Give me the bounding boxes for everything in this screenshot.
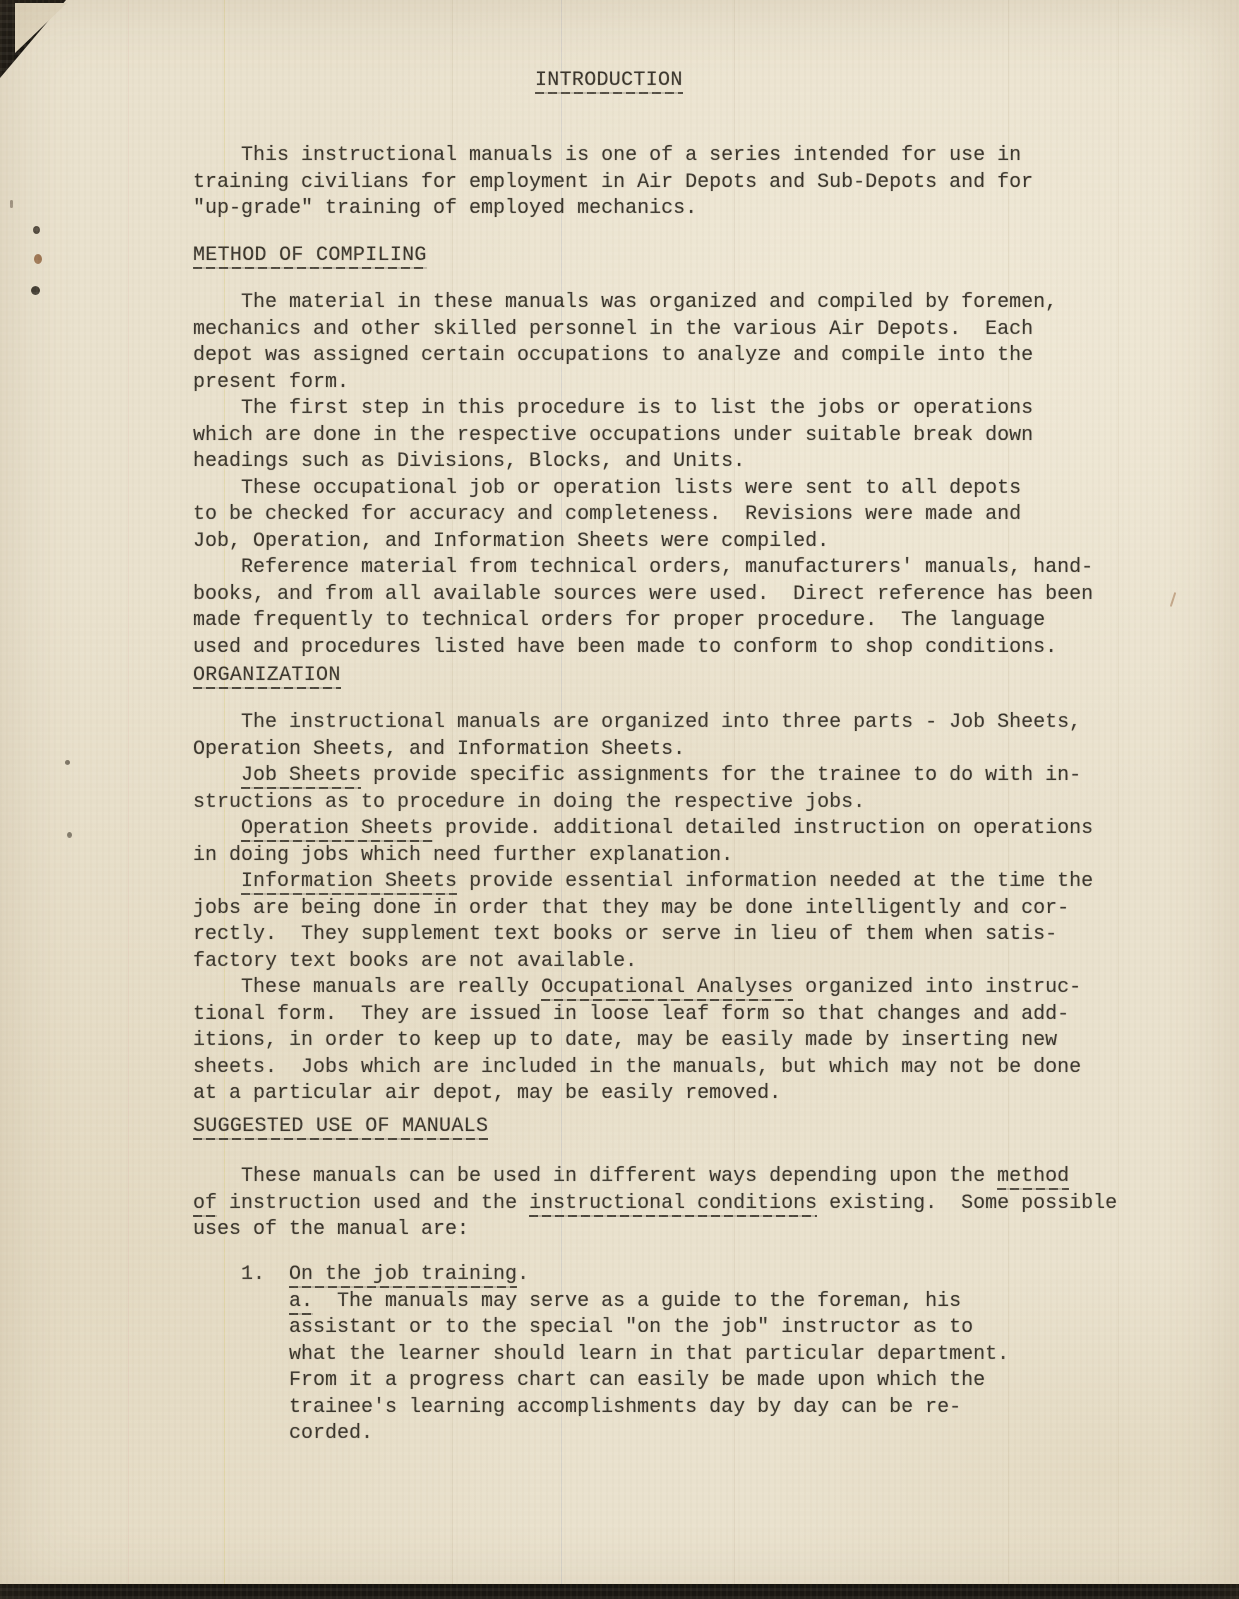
text-line: at a particular air depot, may be easily… [193, 1081, 1093, 1108]
page-title: INTRODUCTION [535, 68, 683, 95]
intro-paragraph: This instructional manuals is one of a s… [193, 143, 1033, 223]
text-line: a. The manuals may serve as a guide to t… [193, 1289, 1009, 1316]
text-line: The first step in this procedure is to l… [193, 396, 1093, 423]
text-line: Reference material from technical orders… [193, 555, 1093, 582]
scan-scratch [1170, 592, 1177, 607]
text-segment: used and procedures listed have been mad… [193, 636, 1057, 659]
scan-speck [33, 226, 40, 234]
text-segment [193, 870, 241, 893]
text-segment: in doing jobs which need further explana… [193, 844, 733, 867]
text-line: INTRODUCTION [535, 68, 683, 95]
text-line: These manuals are really Occupational An… [193, 975, 1093, 1002]
text-line: assistant or to the special "on the job"… [193, 1315, 1009, 1342]
text-line: "up-grade" training of employed mechanic… [193, 196, 1033, 223]
text-segment: tional form. They are issued in loose le… [193, 1003, 1069, 1026]
paper-crease [1118, 0, 1119, 1599]
text-line: From it a progress chart can easily be m… [193, 1368, 1009, 1395]
folded-page-corner [15, 3, 67, 53]
text-line: depot was assigned certain occupations t… [193, 343, 1093, 370]
text-segment: structions as to procedure in doing the … [193, 791, 865, 814]
text-segment: These manuals can be used in different w… [193, 1165, 997, 1188]
text-segment: "up-grade" training of employed mechanic… [193, 197, 697, 220]
text-line: what the learner should learn in that pa… [193, 1342, 1009, 1369]
text-segment: mechanics and other skilled personnel in… [193, 318, 1033, 341]
text-segment: Reference material from technical orders… [193, 556, 1093, 579]
text-line: in doing jobs which need further explana… [193, 843, 1093, 870]
underlined-text-segment: a. [289, 1290, 313, 1315]
underlined-text-segment: method [997, 1165, 1069, 1190]
text-line: Job, Operation, and Information Sheets w… [193, 529, 1093, 556]
text-line: corded. [193, 1421, 1009, 1448]
scanned-document-page: INTRODUCTION This instructional manuals … [0, 0, 1239, 1599]
text-line: SUGGESTED USE OF MANUALS [193, 1114, 488, 1141]
text-line: These occupational job or operation list… [193, 476, 1093, 503]
text-line: uses of the manual are: [193, 1217, 1117, 1244]
text-segment: headings such as Divisions, Blocks, and … [193, 450, 745, 473]
text-segment: provide specific assignments for the tra… [361, 764, 1081, 787]
text-segment: present form. [193, 371, 349, 394]
underlined-text-segment: Information Sheets [241, 870, 457, 895]
heading-method-of-compiling: METHOD OF COMPILING [193, 243, 427, 270]
underlined-text-segment: INTRODUCTION [535, 69, 683, 94]
text-segment: existing. Some possible [817, 1192, 1117, 1215]
underlined-text-segment: ORGANIZATION [193, 664, 341, 689]
section-organization: The instructional manuals are organized … [193, 710, 1093, 1108]
list-item-on-the-job-training: 1. On the job training. a. The manuals m… [193, 1262, 1009, 1448]
text-segment: trainee's learning accomplishments day b… [193, 1396, 961, 1419]
text-segment: which are done in the respective occupat… [193, 424, 1033, 447]
text-segment: These occupational job or operation list… [193, 477, 1021, 500]
text-line: mechanics and other skilled personnel in… [193, 317, 1093, 344]
text-segment [193, 764, 241, 787]
text-segment: The material in these manuals was organi… [193, 291, 1057, 314]
scan-speck [34, 254, 42, 264]
text-line: jobs are being done in order that they m… [193, 896, 1093, 923]
text-segment: . [517, 1263, 529, 1286]
text-line: rectly. They supplement text books or se… [193, 922, 1093, 949]
text-segment: books, and from all available sources we… [193, 583, 1093, 606]
text-segment [193, 1290, 289, 1313]
underlined-text-segment: Occupational Analyses [541, 976, 793, 1001]
scan-edge-bar [0, 1584, 1239, 1599]
text-segment: rectly. They supplement text books or se… [193, 923, 1057, 946]
scan-speck [31, 286, 40, 295]
text-line: tional form. They are issued in loose le… [193, 1002, 1093, 1029]
text-segment: The manuals may serve as a guide to the … [313, 1290, 961, 1313]
text-line: itions, in order to keep up to date, may… [193, 1028, 1093, 1055]
text-segment: Operation Sheets, and Information Sheets… [193, 738, 685, 761]
text-segment: training civilians for employment in Air… [193, 171, 1033, 194]
scan-speck [67, 832, 72, 838]
text-line: Job Sheets provide specific assignments … [193, 763, 1093, 790]
text-segment: itions, in order to keep up to date, may… [193, 1029, 1057, 1052]
underlined-text-segment: SUGGESTED USE OF MANUALS [193, 1115, 488, 1140]
text-segment: instruction used and the [217, 1192, 529, 1215]
text-line: Operation Sheets, and Information Sheets… [193, 737, 1093, 764]
text-segment: These manuals are really [193, 976, 541, 999]
text-line: present form. [193, 370, 1093, 397]
underlined-text-segment: Job Sheets [241, 764, 361, 789]
text-line: of instruction used and the instructiona… [193, 1191, 1117, 1218]
scan-speck [10, 200, 13, 208]
text-line: Information Sheets provide essential inf… [193, 869, 1093, 896]
text-segment: provide. additional detailed instruction… [433, 817, 1093, 840]
text-line: factory text books are not available. [193, 949, 1093, 976]
text-line: ORGANIZATION [193, 663, 341, 690]
text-segment: 1. [193, 1263, 289, 1286]
text-line: These manuals can be used in different w… [193, 1164, 1117, 1191]
text-segment [193, 817, 241, 840]
text-line: The material in these manuals was organi… [193, 290, 1093, 317]
text-line: 1. On the job training. [193, 1262, 1009, 1289]
text-segment: provide essential information needed at … [457, 870, 1093, 893]
text-line: sheets. Jobs which are included in the m… [193, 1055, 1093, 1082]
scan-speck [65, 760, 70, 765]
underlined-text-segment: On the job training [289, 1263, 517, 1288]
text-segment: The first step in this procedure is to l… [193, 397, 1033, 420]
text-line: structions as to procedure in doing the … [193, 790, 1093, 817]
text-segment: at a particular air depot, may be easily… [193, 1082, 781, 1105]
text-segment: factory text books are not available. [193, 950, 637, 973]
section-suggested-use: These manuals can be used in different w… [193, 1164, 1117, 1244]
text-segment: corded. [193, 1422, 373, 1445]
text-line: Operation Sheets provide. additional det… [193, 816, 1093, 843]
text-segment: This instructional manuals is one of a s… [193, 144, 1021, 167]
text-line: The instructional manuals are organized … [193, 710, 1093, 737]
text-segment: From it a progress chart can easily be m… [193, 1369, 985, 1392]
underlined-text-segment: instructional conditions [529, 1192, 817, 1217]
text-line: trainee's learning accomplishments day b… [193, 1395, 1009, 1422]
text-segment: Job, Operation, and Information Sheets w… [193, 530, 829, 553]
underlined-text-segment: Operation Sheets [241, 817, 433, 842]
text-segment: jobs are being done in order that they m… [193, 897, 1069, 920]
text-segment: sheets. Jobs which are included in the m… [193, 1056, 1081, 1079]
text-line: made frequently to technical orders for … [193, 608, 1093, 635]
text-segment: assistant or to the special "on the job"… [193, 1316, 973, 1339]
text-line: headings such as Divisions, Blocks, and … [193, 449, 1093, 476]
text-segment: uses of the manual are: [193, 1218, 469, 1241]
text-line: This instructional manuals is one of a s… [193, 143, 1033, 170]
text-line: books, and from all available sources we… [193, 582, 1093, 609]
heading-suggested-use-of-manuals: SUGGESTED USE OF MANUALS [193, 1114, 488, 1141]
text-line: which are done in the respective occupat… [193, 423, 1093, 450]
text-line: used and procedures listed have been mad… [193, 635, 1093, 662]
text-segment: depot was assigned certain occupations t… [193, 344, 1033, 367]
underlined-text-segment: of [193, 1192, 217, 1217]
text-segment: made frequently to technical orders for … [193, 609, 1045, 632]
paper-crease [128, 0, 129, 1599]
text-segment: The instructional manuals are organized … [193, 711, 1081, 734]
underlined-text-segment: METHOD OF COMPILING [193, 244, 427, 269]
text-line: METHOD OF COMPILING [193, 243, 427, 270]
text-line: to be checked for accuracy and completen… [193, 502, 1093, 529]
text-line: training civilians for employment in Air… [193, 170, 1033, 197]
section-method-of-compiling: The material in these manuals was organi… [193, 290, 1093, 661]
text-segment: what the learner should learn in that pa… [193, 1343, 1009, 1366]
text-segment: organized into instruc- [793, 976, 1081, 999]
heading-organization: ORGANIZATION [193, 663, 341, 690]
text-segment: to be checked for accuracy and completen… [193, 503, 1021, 526]
